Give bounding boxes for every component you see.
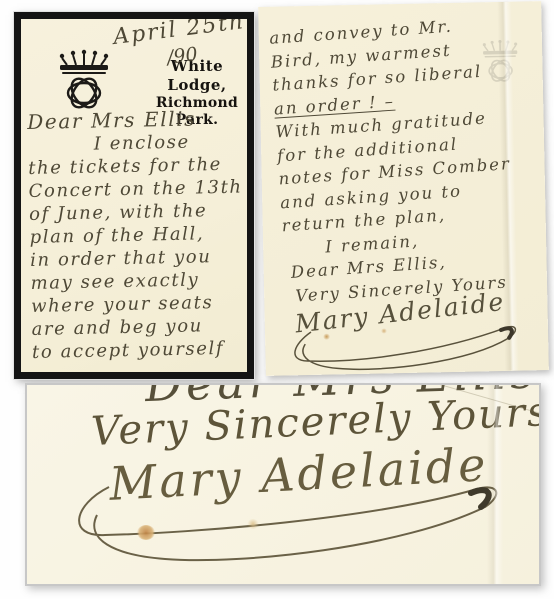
handwriting-line: where your seats <box>31 290 245 317</box>
mourning-letter-page: White Lodge, Richmond Park. April 25th /… <box>14 12 254 379</box>
handwriting-line: I enclose <box>93 130 241 156</box>
handwriting-line: to accept yourself <box>32 336 246 363</box>
signature-detail-crop: Dear Mrs Ellis, Very Sincerely Yours Mar… <box>25 383 541 586</box>
coronet-monogram-icon <box>49 47 119 113</box>
letter-photograph: White Lodge, Richmond Park. April 25th /… <box>0 0 554 599</box>
second-letter-page: and convey to Mr. Bird, my warmest thank… <box>258 1 549 376</box>
signature-flourish <box>271 315 544 376</box>
date-year: /90 <box>166 43 199 69</box>
fold-crease <box>487 385 503 584</box>
handwriting-line: Concert on the 13th <box>28 176 242 203</box>
signature-flourish-enlarged <box>43 471 533 576</box>
letter-body-page2: and convey to Mr. Bird, my warmest thank… <box>269 11 520 308</box>
mourning-letter-paper: White Lodge, Richmond Park. April 25th /… <box>21 19 247 372</box>
letter-body-page1: Dear Mrs Ellis I enclose the tickets for… <box>27 107 246 364</box>
